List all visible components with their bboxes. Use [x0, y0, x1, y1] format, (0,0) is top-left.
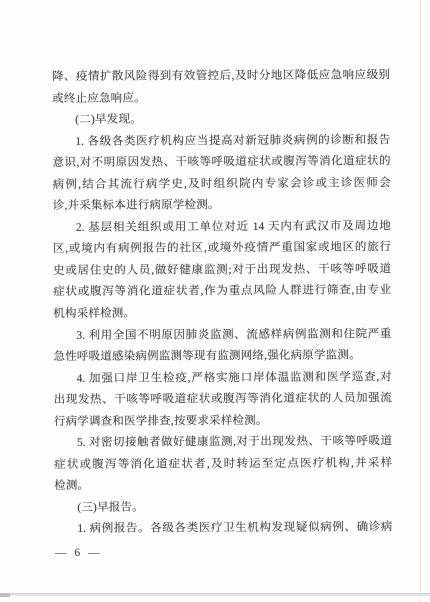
- text-line: 意识,对不明原因发热、干咳等呼吸道症状或腹泻等消化道症状的: [52, 151, 390, 174]
- text-line: 5. 对密切接触者做好健康监测,对于出现发热、干咳等呼吸道: [54, 432, 392, 455]
- scan-edge-bottom: [0, 593, 430, 596]
- text-line: 区,或境内有病例报告的社区,或境外疫情严重国家或地区的旅行: [53, 238, 391, 261]
- text-line: 或终止应急响应。: [52, 87, 390, 110]
- text-line: 1. 各级各类医疗机构应当提高对新冠肺炎病例的诊断和报告: [52, 130, 390, 153]
- scan-edge-bottom-corner: [0, 593, 10, 597]
- page-number: — 6 —: [55, 543, 102, 564]
- text-line: 行病学调查和医学排查,按要求采样检测。: [54, 410, 392, 433]
- text-line: 4. 加强口岸卫生检疫,严格实施口岸体温监测和医学巡查,对: [54, 367, 392, 390]
- text-line: 史或居住史的人员,做好健康监测;对于出现发热、干咳等呼吸道: [53, 259, 391, 282]
- text-line: 机构采样检测。: [53, 302, 391, 325]
- text-line: 2. 基层相关组织或用工单位对近 14 天内有武汉市及周边地: [53, 216, 391, 239]
- text-line: (二)早发现。: [52, 108, 390, 131]
- text-line: 降、疫情扩散风险得到有效管控后,及时分地区降低应急响应级别: [52, 65, 390, 88]
- text-line: 病例,结合其流行病学史,及时组织院内专家会诊或主诊医师会: [53, 173, 391, 196]
- text-line: 3. 利用全国不明原因肺炎监测、流感样病例监测和住院严重: [53, 324, 391, 347]
- text-line: (三)早报告。: [54, 496, 392, 519]
- text-line: 症状或腹泻等消化道症状者,作为重点风险人群进行筛查,由专业: [53, 281, 391, 304]
- text-line: 1. 病例报告。各级各类医疗卫生机构发现疑似病例、确诊病: [54, 518, 392, 541]
- text-block: 降、疫情扩散风险得到有效管控后,及时分地区降低应急响应级别或终止应急响应。(二)…: [52, 65, 392, 541]
- scan-edge-right: [420, 0, 421, 602]
- text-line: 检测。: [54, 475, 392, 498]
- text-line: 出现发热、干咳等呼吸道症状或腹泻等消化道症状的人员加强流: [54, 388, 392, 411]
- text-line: 诊,并采集标本进行病原学检测。: [53, 195, 391, 218]
- document-page: 降、疫情扩散风险得到有效管控后,及时分地区降低应急响应级别或终止应急响应。(二)…: [0, 0, 430, 602]
- text-line: 急性呼吸道感染病例监测等现有监测网络,强化病原学监测。: [53, 345, 391, 368]
- text-line: 症状或腹泻等消化道症状者,及时转运至定点医疗机构,并采样: [54, 453, 392, 476]
